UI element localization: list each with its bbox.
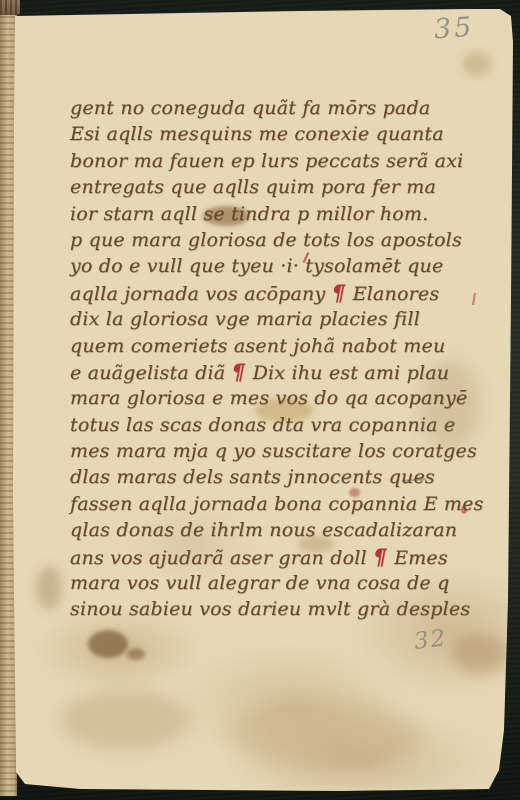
text-segment: fassen aqlla jornada bona copannia E mes [70, 493, 484, 515]
text-segment: Dix ihu est ami plau [253, 362, 450, 384]
manuscript-line: mes mara mja q yo suscitare los coratges [70, 438, 472, 464]
spine-headband [0, 0, 20, 15]
corner-stain [452, 634, 508, 674]
manuscript-line: aqlla jornada vos acōpany ¶ Elanores [70, 280, 472, 306]
text-segment: Emes [394, 547, 448, 569]
text-segment: mara gloriosa e mes vos do qa acopanyē [70, 387, 467, 409]
manuscript-line: sinou sabieu vos darieu mvlt grà desples [70, 596, 472, 622]
text-segment: gent no coneguda quãt fa mōrs pada [70, 97, 430, 119]
manuscript-line: totus las scas donas dta vra copannia e [70, 412, 472, 438]
text-segment: p que mara gloriosa de tots los apostols [70, 229, 462, 251]
manuscript-page: gent no coneguda quãt fa mōrs padaEsi aq… [0, 0, 520, 800]
rubric-pilcrow: ¶ [373, 544, 394, 569]
manuscript-line: entregats que aqlls quim pora fer ma [70, 174, 472, 200]
manuscript-line: e auãgelista diã ¶ Dix ihu est ami plau [70, 359, 472, 385]
faint-stain [60, 690, 190, 750]
dark-stain [88, 630, 128, 658]
folio-number-top: 35 [433, 12, 475, 46]
dark-stain [127, 648, 145, 660]
red-ink-stroke [472, 293, 476, 305]
faint-stain [462, 52, 492, 76]
manuscript-line: ans vos ajudarã aser gran doll ¶ Emes [70, 544, 472, 570]
text-segment: sinou sabieu vos darieu mvlt grà desples [70, 598, 470, 620]
manuscript-line: bonor ma fauen ep lurs peccats serã axi [70, 148, 472, 174]
text-segment: quem comeriets asent johã nabot meu [70, 335, 445, 357]
manuscript-line: qlas donas de ihrlm nous escadalizaran [70, 517, 472, 543]
text-segment: entregats que aqlls quim pora fer ma [70, 176, 436, 198]
manuscript-line: mara gloriosa e mes vos do qa acopanyē [70, 385, 472, 411]
text-segment: ans vos ajudarã aser gran doll [70, 547, 373, 569]
manuscript-line: p que mara gloriosa de tots los apostols [70, 227, 472, 253]
text-segment: dix la gloriosa vge maria placies fill [70, 308, 420, 330]
text-segment: Esi aqlls mesquins me conexie quanta [70, 123, 444, 145]
manuscript-line: ior starn aqll se tindra p millor hom. [70, 201, 472, 227]
manuscript-line: yo do e vull que tyeu ·i· tysolamēt que [70, 253, 472, 279]
manuscript-line: quem comeriets asent johã nabot meu [70, 333, 472, 359]
folio-number-bottom: 32 [413, 625, 449, 655]
manuscript-line: mara vos vull alegrar de vna cosa de q [70, 570, 472, 596]
manuscript-line: Esi aqlls mesquins me conexie quanta [70, 121, 472, 147]
rubric-pilcrow: ¶ [232, 359, 253, 384]
text-segment: bonor ma fauen ep lurs peccats serã axi [70, 150, 463, 172]
manuscript-text: gent no coneguda quãt fa mōrs padaEsi aq… [70, 95, 472, 623]
text-segment: yo do e vull que tyeu ·i· tysolamēt que [70, 255, 443, 277]
manuscript-line: dlas maras dels sants jnnocents ques [70, 464, 472, 490]
text-segment: ior starn aqll se tindra p millor hom. [70, 203, 428, 225]
manuscript-line: fassen aqlla jornada bona copannia E mes [70, 491, 472, 517]
text-segment: mes mara mja q yo suscitare los coratges [70, 440, 477, 462]
margin-stain [36, 566, 62, 610]
text-segment: aqlla jornada vos acōpany [70, 283, 332, 305]
text-segment: e auãgelista diã [70, 362, 232, 384]
text-segment: qlas donas de ihrlm nous escadalizaran [70, 519, 457, 541]
text-segment: mara vos vull alegrar de vna cosa de q [70, 572, 449, 594]
manuscript-line: gent no coneguda quãt fa mōrs pada [70, 95, 472, 121]
text-segment: totus las scas donas dta vra copannia e [70, 414, 455, 436]
faint-stain [230, 700, 420, 770]
manuscript-line: dix la gloriosa vge maria placies fill [70, 306, 472, 332]
rubric-pilcrow: ¶ [332, 280, 353, 305]
text-segment: Elanores [353, 283, 440, 305]
text-segment: dlas maras dels sants jnnocents ques [70, 466, 435, 488]
